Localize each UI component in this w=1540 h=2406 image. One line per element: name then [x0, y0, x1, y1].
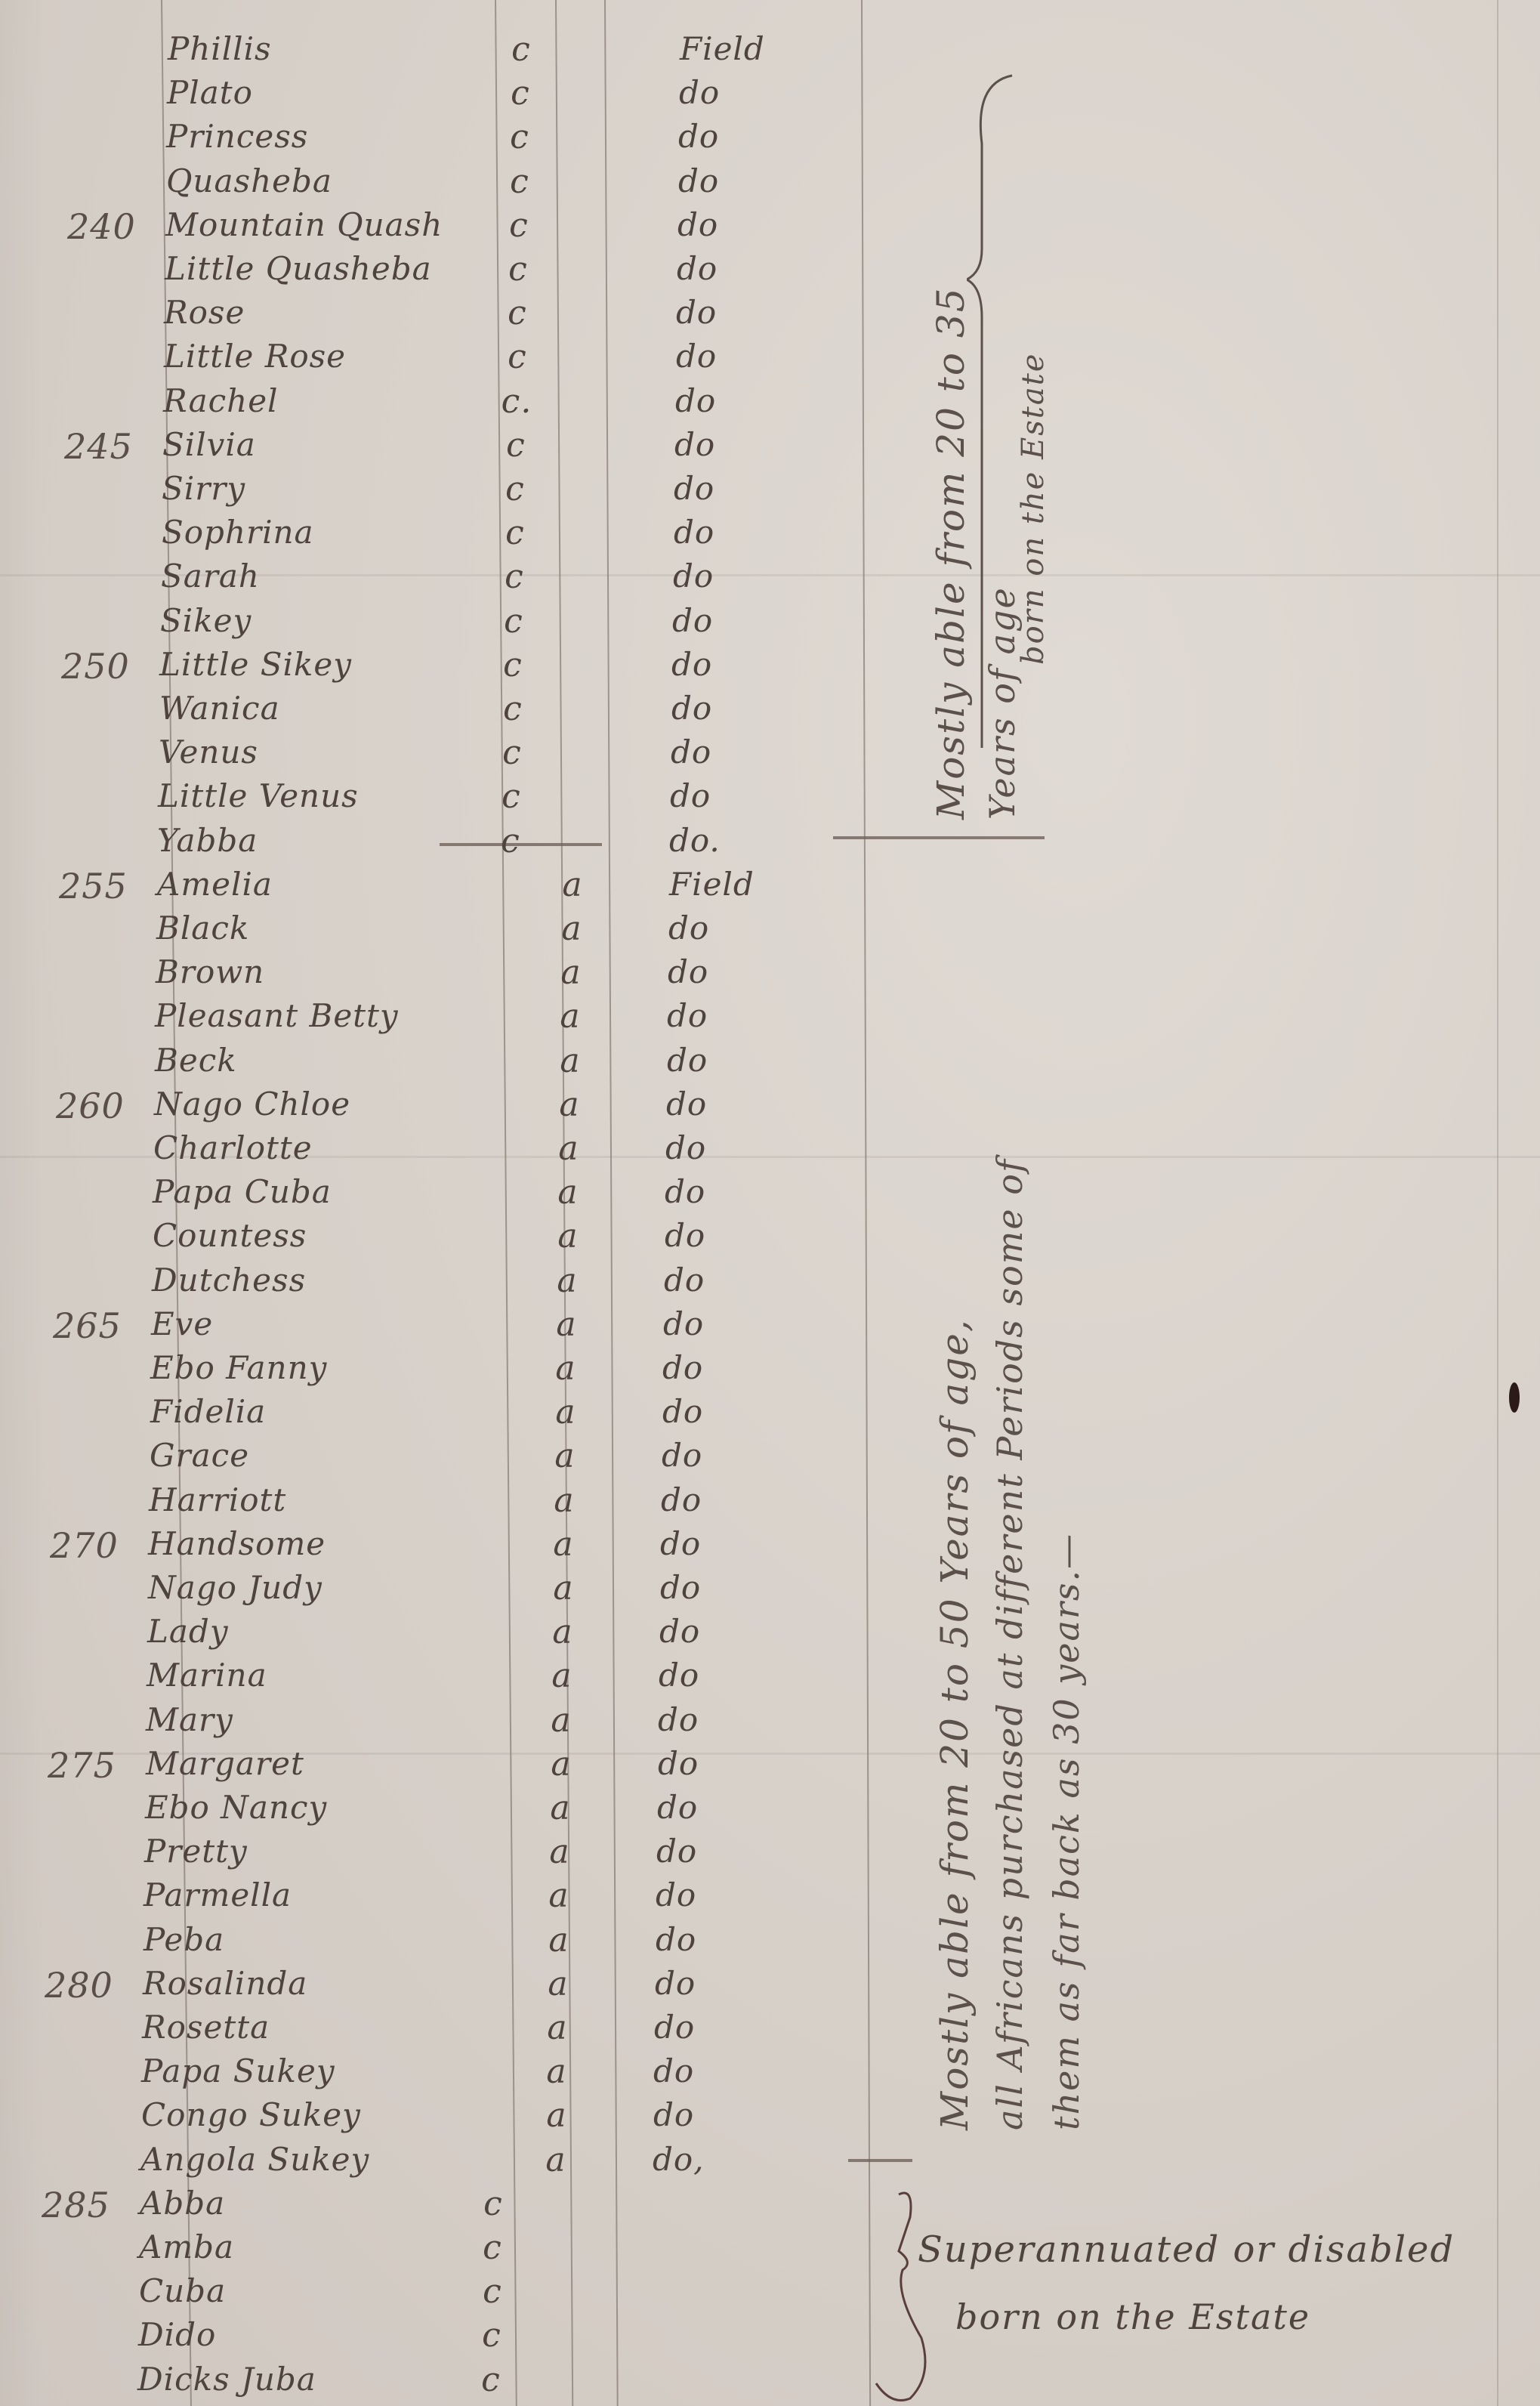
occupation: do: [676, 294, 717, 331]
occupation: do: [671, 690, 712, 727]
african-mark: a: [549, 910, 594, 948]
occupation: do: [668, 953, 708, 990]
person-name: Lady: [147, 1613, 229, 1650]
occupation: do: [675, 382, 716, 419]
person-name: Harriott: [149, 1481, 286, 1518]
creole-mark: c: [495, 294, 540, 332]
person-name: Wanica: [159, 690, 280, 727]
remark-group2-line2: all Africans purchased at different Peri…: [989, 1158, 1030, 2130]
person-name: Grace: [150, 1437, 249, 1474]
person-name: Yabba: [157, 822, 258, 859]
remark-group3-line2: born on the Estate: [955, 2296, 1310, 2337]
ledger-page: PhilliscFieldPlatocdoPrincesscdoQuasheba…: [0, 0, 1540, 2406]
row-number: 275: [48, 1745, 116, 1786]
creole-mark: c: [498, 74, 543, 113]
person-name: Amelia: [157, 866, 273, 903]
row-number: 280: [45, 1965, 113, 2006]
occupation: do: [666, 1086, 707, 1123]
person-name: Little Rose: [164, 338, 346, 375]
brace-icon: [967, 68, 1035, 823]
creole-mark: c: [488, 822, 533, 860]
person-name: Quasheba: [166, 162, 332, 199]
occupation: do: [656, 1833, 697, 1870]
occupation: do: [653, 2096, 694, 2133]
occupation: do: [674, 470, 714, 507]
creole-mark: c: [496, 206, 542, 245]
african-mark: a: [534, 2052, 579, 2091]
occupation: do: [667, 997, 708, 1034]
occupation: do: [659, 1613, 700, 1650]
occupation: do: [672, 602, 713, 639]
row-number: 240: [67, 206, 136, 247]
row-number: 250: [61, 646, 130, 687]
occupation: do: [661, 1481, 702, 1518]
person-name: Black: [156, 910, 249, 947]
occupation: do: [656, 1876, 696, 1913]
occupation: do.: [669, 822, 721, 859]
row-number: 245: [64, 426, 133, 467]
occupation: do: [663, 1305, 704, 1342]
occupation: do: [667, 1042, 708, 1079]
person-name: Margaret: [146, 1745, 304, 1782]
occupation: do: [658, 1701, 699, 1738]
african-mark: a: [534, 2096, 579, 2135]
occupation: do: [660, 1569, 701, 1606]
african-mark: a: [546, 1129, 591, 1168]
person-name: Sirry: [162, 470, 245, 507]
creole-mark: c: [469, 2316, 514, 2355]
person-name: Phillis: [168, 30, 272, 67]
creole-mark: c: [497, 162, 542, 201]
person-name: Silvia: [162, 426, 256, 463]
row-number: 255: [59, 866, 128, 906]
occupation: do: [665, 1129, 706, 1166]
person-name: Beck: [155, 1042, 237, 1079]
african-mark: a: [548, 1042, 593, 1080]
occupation: do: [660, 1525, 701, 1562]
occupation: do: [659, 1657, 699, 1694]
occupation: Field: [680, 30, 765, 67]
person-name: Princess: [166, 118, 308, 155]
section-separator: [833, 836, 1045, 839]
person-name: Papa Sukey: [141, 2052, 335, 2089]
creole-mark: c: [493, 426, 539, 465]
occupation: do: [665, 1173, 705, 1210]
african-mark: a: [538, 1789, 583, 1827]
occupation: do: [673, 557, 714, 595]
creole-mark: c: [489, 777, 534, 816]
person-name: Rosetta: [142, 2009, 270, 2046]
creole-mark: c: [468, 2361, 514, 2399]
person-name: Peba: [144, 1921, 224, 1958]
african-mark: a: [545, 1262, 590, 1300]
african-mark: a: [547, 1086, 592, 1124]
person-name: Angola Sukey: [140, 2141, 369, 2178]
african-mark: a: [537, 1833, 582, 1871]
remark-group2-line1: Mostly able from 20 to 50 Years of age,: [933, 1318, 977, 2130]
person-name: Handsome: [148, 1525, 326, 1562]
african-mark: a: [540, 1613, 585, 1651]
occupation: do: [668, 910, 709, 947]
person-name: Nago Chloe: [154, 1086, 350, 1123]
person-name: Brown: [156, 953, 264, 990]
creole-mark: c: [497, 118, 542, 156]
creole-mark: c: [470, 2272, 515, 2311]
person-name: Mary: [146, 1701, 233, 1738]
person-name: Sophrina: [162, 514, 314, 551]
ink-blot: [1509, 1382, 1520, 1413]
occupation: do: [658, 1745, 699, 1782]
person-name: Dutchess: [152, 1262, 306, 1299]
person-name: Sikey: [160, 602, 252, 639]
occupation: do: [653, 2052, 694, 2089]
african-mark: a: [535, 2009, 580, 2047]
occupation: do: [677, 250, 718, 287]
remark-group3-line1: Superannuated or disabled: [918, 2228, 1455, 2271]
person-name: Abba: [140, 2185, 225, 2222]
creole-mark: c.: [494, 382, 539, 421]
person-name: Rosalinda: [143, 1965, 307, 2002]
occupation: do: [655, 1965, 696, 2002]
occupation: do: [662, 1437, 702, 1474]
occupation: do: [654, 2009, 695, 2046]
occupation: do: [679, 74, 720, 111]
person-name: Ebo Nancy: [145, 1789, 327, 1826]
person-name: Rose: [164, 294, 245, 331]
person-name: Dido: [138, 2316, 216, 2353]
person-name: Plato: [167, 74, 253, 111]
african-mark: a: [539, 1745, 584, 1784]
person-name: Little Venus: [158, 777, 359, 814]
occupation: do: [662, 1393, 703, 1430]
african-mark: a: [539, 1657, 585, 1695]
african-mark: a: [545, 1217, 591, 1256]
person-name: Papa Cuba: [153, 1173, 332, 1210]
occupation: do: [671, 646, 712, 683]
person-name: Congo Sukey: [141, 2096, 361, 2133]
creole-mark: c: [495, 250, 541, 289]
person-name: Sarah: [161, 557, 260, 595]
person-name: Dicks Juba: [137, 2361, 316, 2398]
person-name: Nago Judy: [148, 1569, 323, 1606]
african-mark: a: [539, 1701, 584, 1740]
creole-mark: c: [498, 30, 544, 69]
row-number: 270: [50, 1525, 119, 1566]
person-name: Countess: [153, 1217, 307, 1254]
remarks-column-rule: [861, 0, 871, 2406]
occupation: do: [674, 426, 715, 463]
person-name: Mountain Quash: [165, 206, 443, 243]
occupation: do: [665, 1217, 705, 1254]
creole-mark: c: [495, 338, 540, 376]
occupation: do: [678, 162, 719, 199]
creole-mark: c: [492, 470, 538, 508]
african-mark: a: [544, 1305, 589, 1344]
section-separator: [848, 2159, 912, 2162]
african-mark: a: [535, 1965, 581, 2003]
african-mark: a: [542, 1481, 587, 1520]
creole-mark: c: [491, 602, 536, 641]
occupation: do: [656, 1921, 696, 1958]
person-name: Fidelia: [150, 1393, 266, 1430]
african-mark: a: [543, 1349, 588, 1388]
occupation: do: [678, 118, 719, 155]
person-name: Little Sikey: [159, 646, 352, 683]
occupation: do: [670, 777, 711, 814]
occupation: do,: [653, 2141, 705, 2178]
page-edge-rule: [1497, 0, 1498, 2406]
african-mark: a: [548, 997, 593, 1036]
row-number: 285: [42, 2185, 110, 2225]
african-mark: a: [543, 1393, 588, 1432]
african-mark: a: [542, 1437, 588, 1475]
person-name: Little Quasheba: [165, 250, 432, 287]
person-name: Parmella: [144, 1876, 292, 1913]
occupation: do: [677, 206, 718, 243]
african-mark: a: [541, 1569, 586, 1608]
occupation: do: [662, 1349, 703, 1386]
person-name: Charlotte: [153, 1129, 313, 1166]
occupation-column-rule: [604, 0, 619, 2406]
person-name: Marina: [147, 1657, 267, 1694]
person-name: Ebo Fanny: [150, 1349, 327, 1386]
creole-mark: c: [490, 690, 535, 728]
person-name: Pretty: [144, 1833, 248, 1870]
brace-icon: [869, 2187, 937, 2406]
african-mark: a: [536, 1876, 582, 1915]
african-mark: a: [550, 866, 595, 904]
occupation: do: [676, 338, 717, 375]
african-mark: a: [541, 1525, 586, 1564]
creole-mark: c: [490, 646, 535, 684]
african-mark: a: [548, 953, 594, 992]
creole-mark: c: [492, 557, 537, 596]
person-name: Eve: [151, 1305, 213, 1342]
person-name: Pleasant Betty: [155, 997, 399, 1034]
occupation: do: [657, 1789, 698, 1826]
person-name: Amba: [139, 2228, 234, 2265]
occupation: do: [664, 1262, 705, 1299]
occupation: do: [671, 734, 711, 771]
african-mark: a: [533, 2141, 579, 2179]
creole-mark: c: [489, 734, 535, 772]
occupation: do: [674, 514, 714, 551]
creole-mark: c: [492, 514, 538, 552]
african-mark: a: [536, 1921, 582, 1960]
person-name: Venus: [159, 734, 258, 771]
row-number: 265: [53, 1305, 122, 1346]
person-name: Cuba: [139, 2272, 226, 2309]
remark-group2-line3: them as far back as 30 years.—: [1046, 1533, 1087, 2130]
row-number: 260: [56, 1086, 125, 1126]
creole-mark: c: [470, 2228, 515, 2267]
occupation: Field: [669, 866, 755, 903]
creole-mark: c: [471, 2185, 516, 2223]
african-mark: a: [545, 1173, 591, 1212]
person-name: Rachel: [163, 382, 279, 419]
